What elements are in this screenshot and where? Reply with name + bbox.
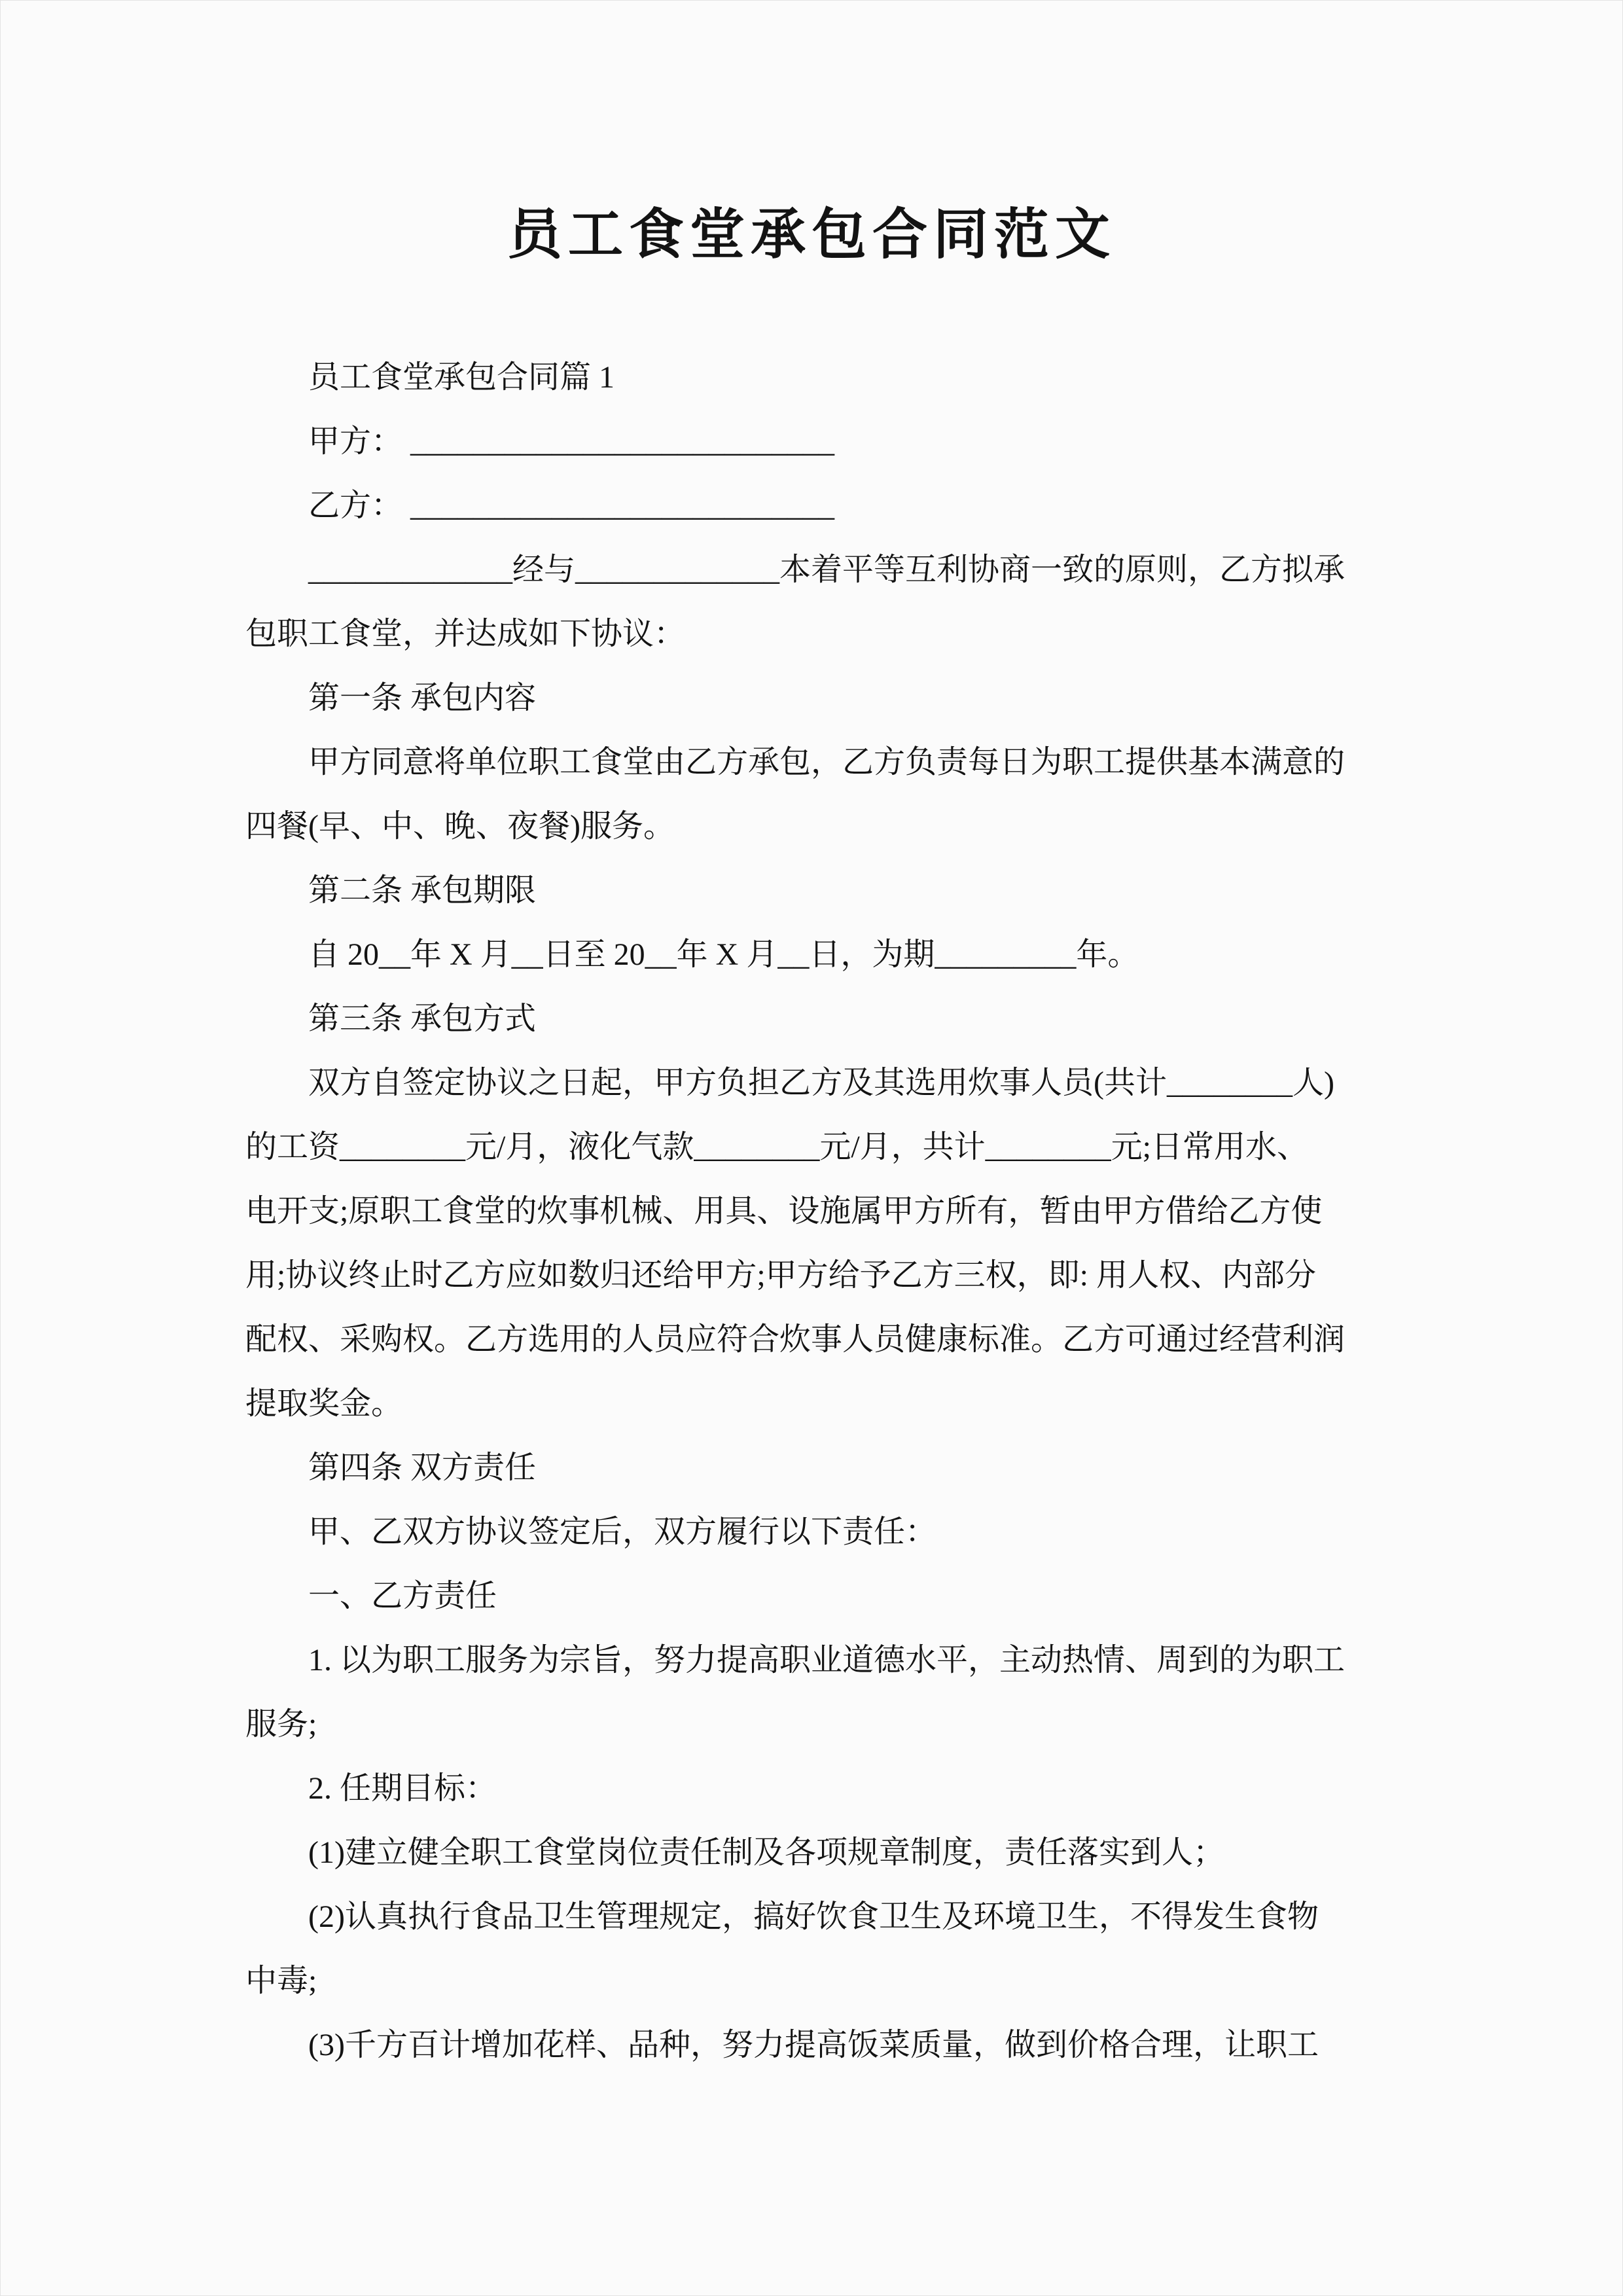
document-line: 1. 以为职工服务为宗旨，努力提高职业道德水平，主动热情、周到的为职工 <box>245 1628 1397 1693</box>
document-line: 中毒; <box>245 1949 1397 2013</box>
document-line: 甲、乙双方协议签定后，双方履行以下责任： <box>245 1500 1397 1564</box>
document-line: 2. 任期目标： <box>245 1757 1397 1821</box>
document-line: (1)建立健全职工食堂岗位责任制及各项规章制度，责任落实到人； <box>245 1821 1397 1885</box>
document-line: 电开支;原职工食堂的炊事机械、用具、设施属甲方所有，暂由甲方借给乙方使 <box>245 1179 1397 1244</box>
document-line: 乙方： ___________________________ <box>245 474 1397 538</box>
document-line: 第三条 承包方式 <box>245 987 1397 1051</box>
document-line: 甲方： ___________________________ <box>245 410 1397 474</box>
document-line: 一、乙方责任 <box>245 1564 1397 1628</box>
document-body: 员工食堂承包合同篇 1甲方： _________________________… <box>245 346 1397 2077</box>
document-line: 甲方同意将单位职工食堂由乙方承包，乙方负责每日为职工提供基本满意的 <box>245 730 1397 795</box>
document-line: 第四条 双方责任 <box>245 1436 1397 1500</box>
document-line: 四餐(早、中、晚、夜餐)服务。 <box>245 795 1397 859</box>
document-line: 配权、采购权。乙方选用的人员应符合炊事人员健康标准。乙方可通过经营利润 <box>245 1308 1397 1372</box>
document-line: 服务; <box>245 1693 1397 1757</box>
document-line: (2)认真执行食品卫生管理规定，搞好饮食卫生及环境卫生，不得发生食物 <box>245 1885 1397 1949</box>
document-line: 提取奖金。 <box>245 1372 1397 1436</box>
document-line: 双方自签定协议之日起，甲方负担乙方及其选用炊事人员(共计________人) <box>245 1051 1397 1115</box>
document-line: _____________经与_____________本着平等互利协商一致的原… <box>245 538 1397 602</box>
document-title: 员工食堂承包合同范文 <box>0 208 1623 263</box>
document-line: 用;协议终止时乙方应如数归还给甲方;甲方给予乙方三权，即: 用人权、内部分 <box>245 1244 1397 1308</box>
document-line: 第二条 承包期限 <box>245 859 1397 923</box>
document-line: 包职工食堂，并达成如下协议： <box>245 602 1397 666</box>
document-line: 自 20__年 X 月__日至 20__年 X 月__日，为期_________… <box>245 923 1397 987</box>
document-line: 的工资________元/月，液化气款________元/月，共计_______… <box>245 1115 1397 1179</box>
document-line: 第一条 承包内容 <box>245 666 1397 730</box>
document-line: (3)千方百计增加花样、品种，努力提高饭菜质量，做到价格合理，让职工 <box>245 2013 1397 2077</box>
contract-document-page: 员工食堂承包合同范文 员工食堂承包合同篇 1甲方： ______________… <box>0 0 1623 2296</box>
document-line: 员工食堂承包合同篇 1 <box>245 346 1397 410</box>
